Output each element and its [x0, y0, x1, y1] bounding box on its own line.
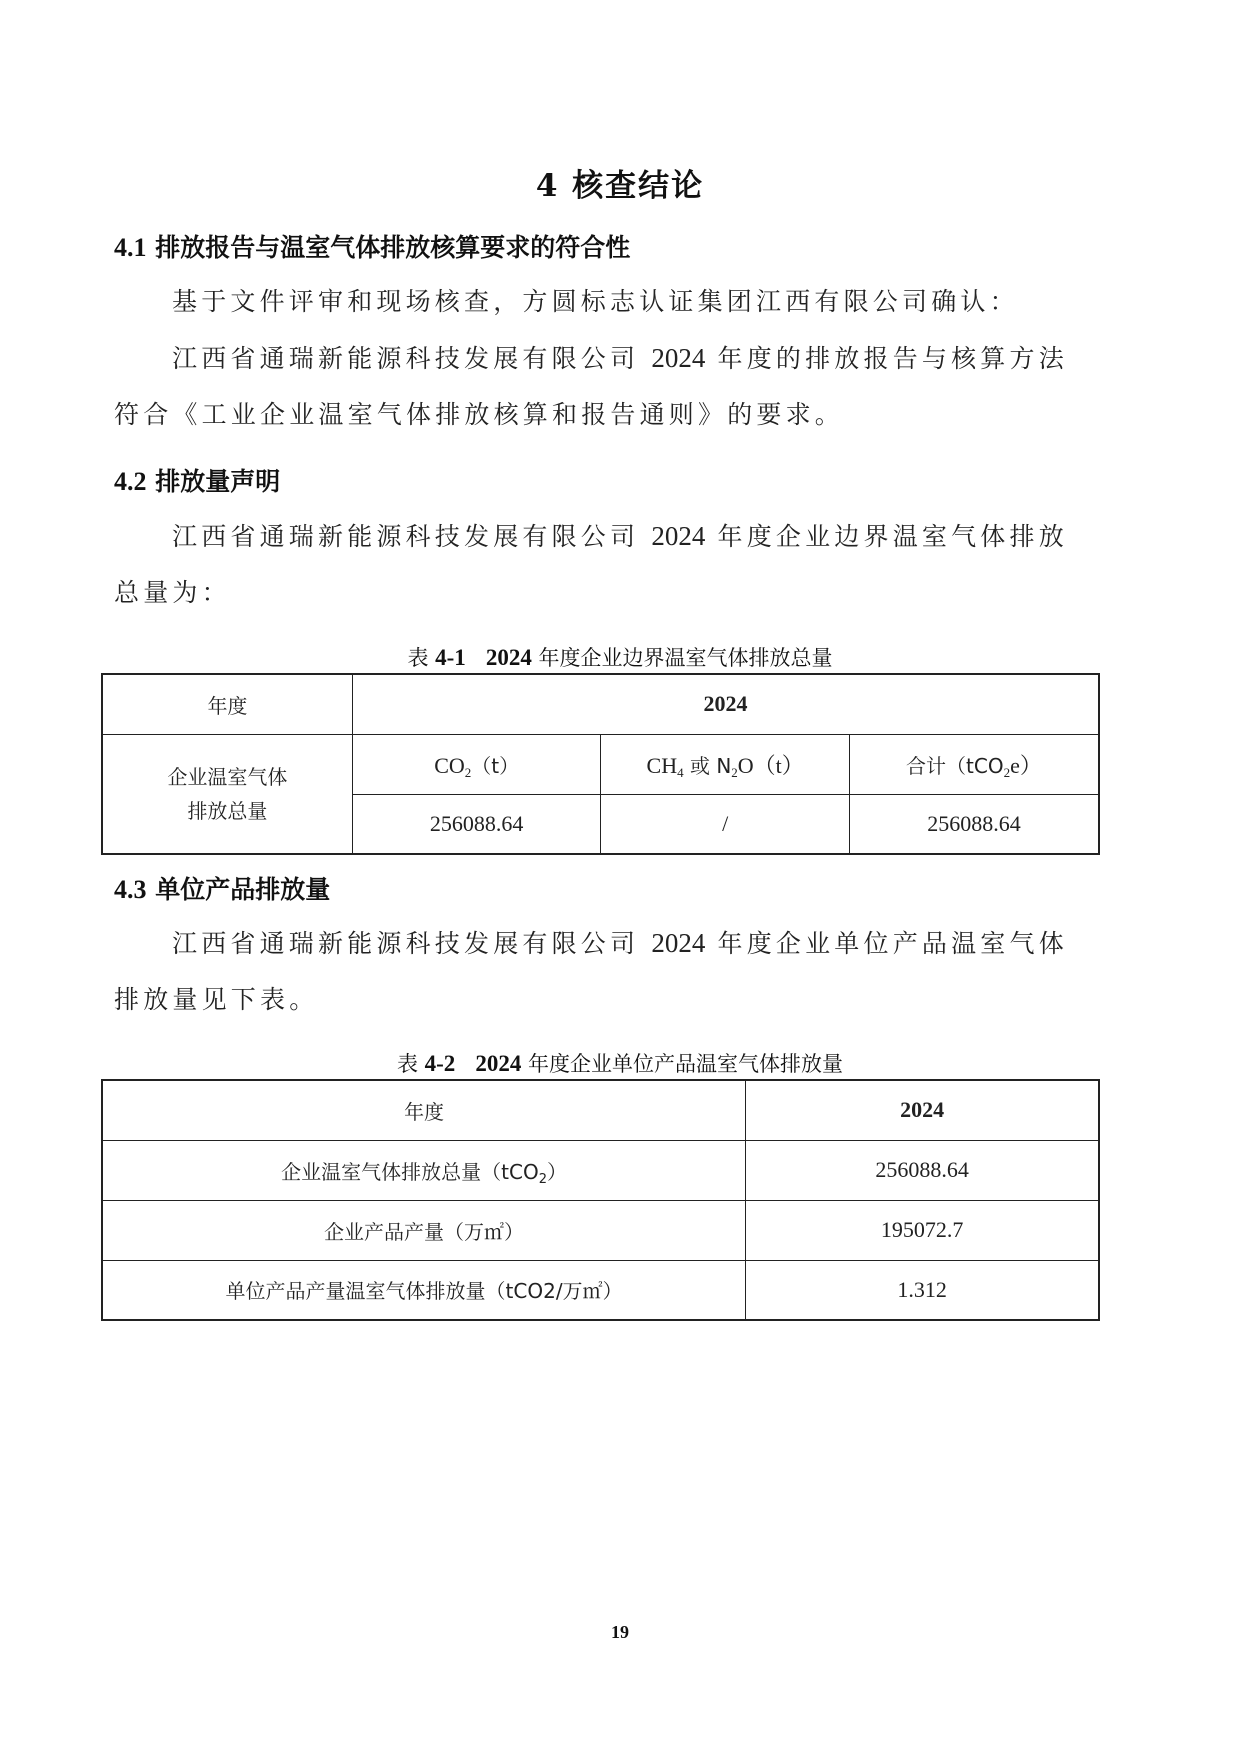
- value-co2: 256088.64: [352, 794, 601, 854]
- row-value: 195072.7: [746, 1200, 1099, 1260]
- header-label-cell: 年度: [102, 1080, 746, 1140]
- table-4-2: 年度 2024 企业温室气体排放总量（tCO2） 256088.64 企业产品产…: [101, 1079, 1100, 1321]
- section-number: 4.3: [114, 875, 147, 904]
- column-header-total: 合计（tCO2e）: [849, 734, 1099, 794]
- paragraph-text: 江西省通瑞新能源科技发展有限公司: [172, 344, 651, 373]
- table-row: 企业产品产量（万㎡） 195072.7: [102, 1200, 1099, 1260]
- paragraph-text: 总量为：: [114, 578, 231, 607]
- paragraph-text: 基于文件评审和现场核查，方圆标志认证集团江西有限公司确认：: [172, 287, 1019, 316]
- paragraph-text: 年度的排放报告与核算方法: [705, 344, 1068, 373]
- table-caption-4-1: 表 4-1 2024 年度企业边界温室气体排放总量: [0, 642, 1240, 672]
- column-header-ch4-n2o: CH4 或 N2O（t）: [601, 734, 849, 794]
- value-total: 256088.64: [849, 794, 1099, 854]
- table-row: 单位产品产量温室气体排放量（tCO2/万㎡） 1.312: [102, 1260, 1099, 1320]
- row-label: 企业产品产量（万㎡）: [102, 1200, 746, 1260]
- row-label: 单位产品产量温室气体排放量（tCO2/万㎡）: [102, 1260, 746, 1320]
- year-value: 2024: [651, 928, 705, 958]
- section-heading-4-2: 4.2 排放量声明: [114, 462, 280, 498]
- paragraph-4-1-a: 基于文件评审和现场核查，方圆标志认证集团江西有限公司确认：: [114, 274, 1094, 330]
- paragraph-text: 符合《工业企业温室气体排放核算和报告通则》的要求。: [114, 400, 844, 429]
- section-title: 单位产品排放量: [147, 875, 331, 904]
- section-number: 4.1: [114, 233, 147, 262]
- year-label-cell: 年度: [102, 674, 352, 734]
- paragraph-text: 排放量见下表。: [114, 985, 318, 1014]
- paragraph-4-1-b: 江西省通瑞新能源科技发展有限公司 2024 年度的排放报告与核算方法 符合《工业…: [114, 330, 1094, 443]
- year-value-cell: 2024: [352, 674, 1099, 734]
- page-number: 19: [0, 1622, 1240, 1643]
- chapter-title: 4 核查结论: [0, 160, 1240, 205]
- year-value: 2024: [651, 521, 705, 551]
- table-row: 企业温室气体排放总量（tCO2） 256088.64: [102, 1140, 1099, 1200]
- row-label: 企业温室气体排放总量（tCO2）: [102, 1140, 746, 1200]
- year-value: 2024: [651, 343, 705, 373]
- row-label-cell: 企业温室气体 排放总量: [102, 734, 352, 854]
- section-heading-4-3: 4.3 单位产品排放量: [114, 870, 330, 906]
- paragraph-text: 江西省通瑞新能源科技发展有限公司: [172, 929, 651, 958]
- paragraph-text: 年度企业单位产品温室气体: [705, 929, 1068, 958]
- column-header-co2: CO2（t）: [352, 734, 601, 794]
- paragraph-text: 年度企业边界温室气体排放: [705, 522, 1068, 551]
- value-ch4-n2o: /: [601, 794, 849, 854]
- row-value: 1.312: [746, 1260, 1099, 1320]
- section-number: 4.2: [114, 467, 147, 496]
- table-4-1: 年度 2024 企业温室气体 排放总量 CO2（t） CH4 或 N2O（t） …: [101, 673, 1100, 855]
- section-title: 排放报告与温室气体排放核算要求的符合性: [147, 233, 631, 262]
- header-value-cell: 2024: [746, 1080, 1099, 1140]
- paragraph-text: 江西省通瑞新能源科技发展有限公司: [172, 522, 651, 551]
- section-title: 排放量声明: [147, 467, 281, 496]
- paragraph-4-3: 江西省通瑞新能源科技发展有限公司 2024 年度企业单位产品温室气体 排放量见下…: [114, 915, 1094, 1028]
- table-caption-4-2: 表 4-2 2024 年度企业单位产品温室气体排放量: [0, 1048, 1240, 1078]
- section-heading-4-1: 4.1 排放报告与温室气体排放核算要求的符合性: [114, 228, 630, 264]
- row-value: 256088.64: [746, 1140, 1099, 1200]
- paragraph-4-2: 江西省通瑞新能源科技发展有限公司 2024 年度企业边界温室气体排放 总量为：: [114, 508, 1094, 621]
